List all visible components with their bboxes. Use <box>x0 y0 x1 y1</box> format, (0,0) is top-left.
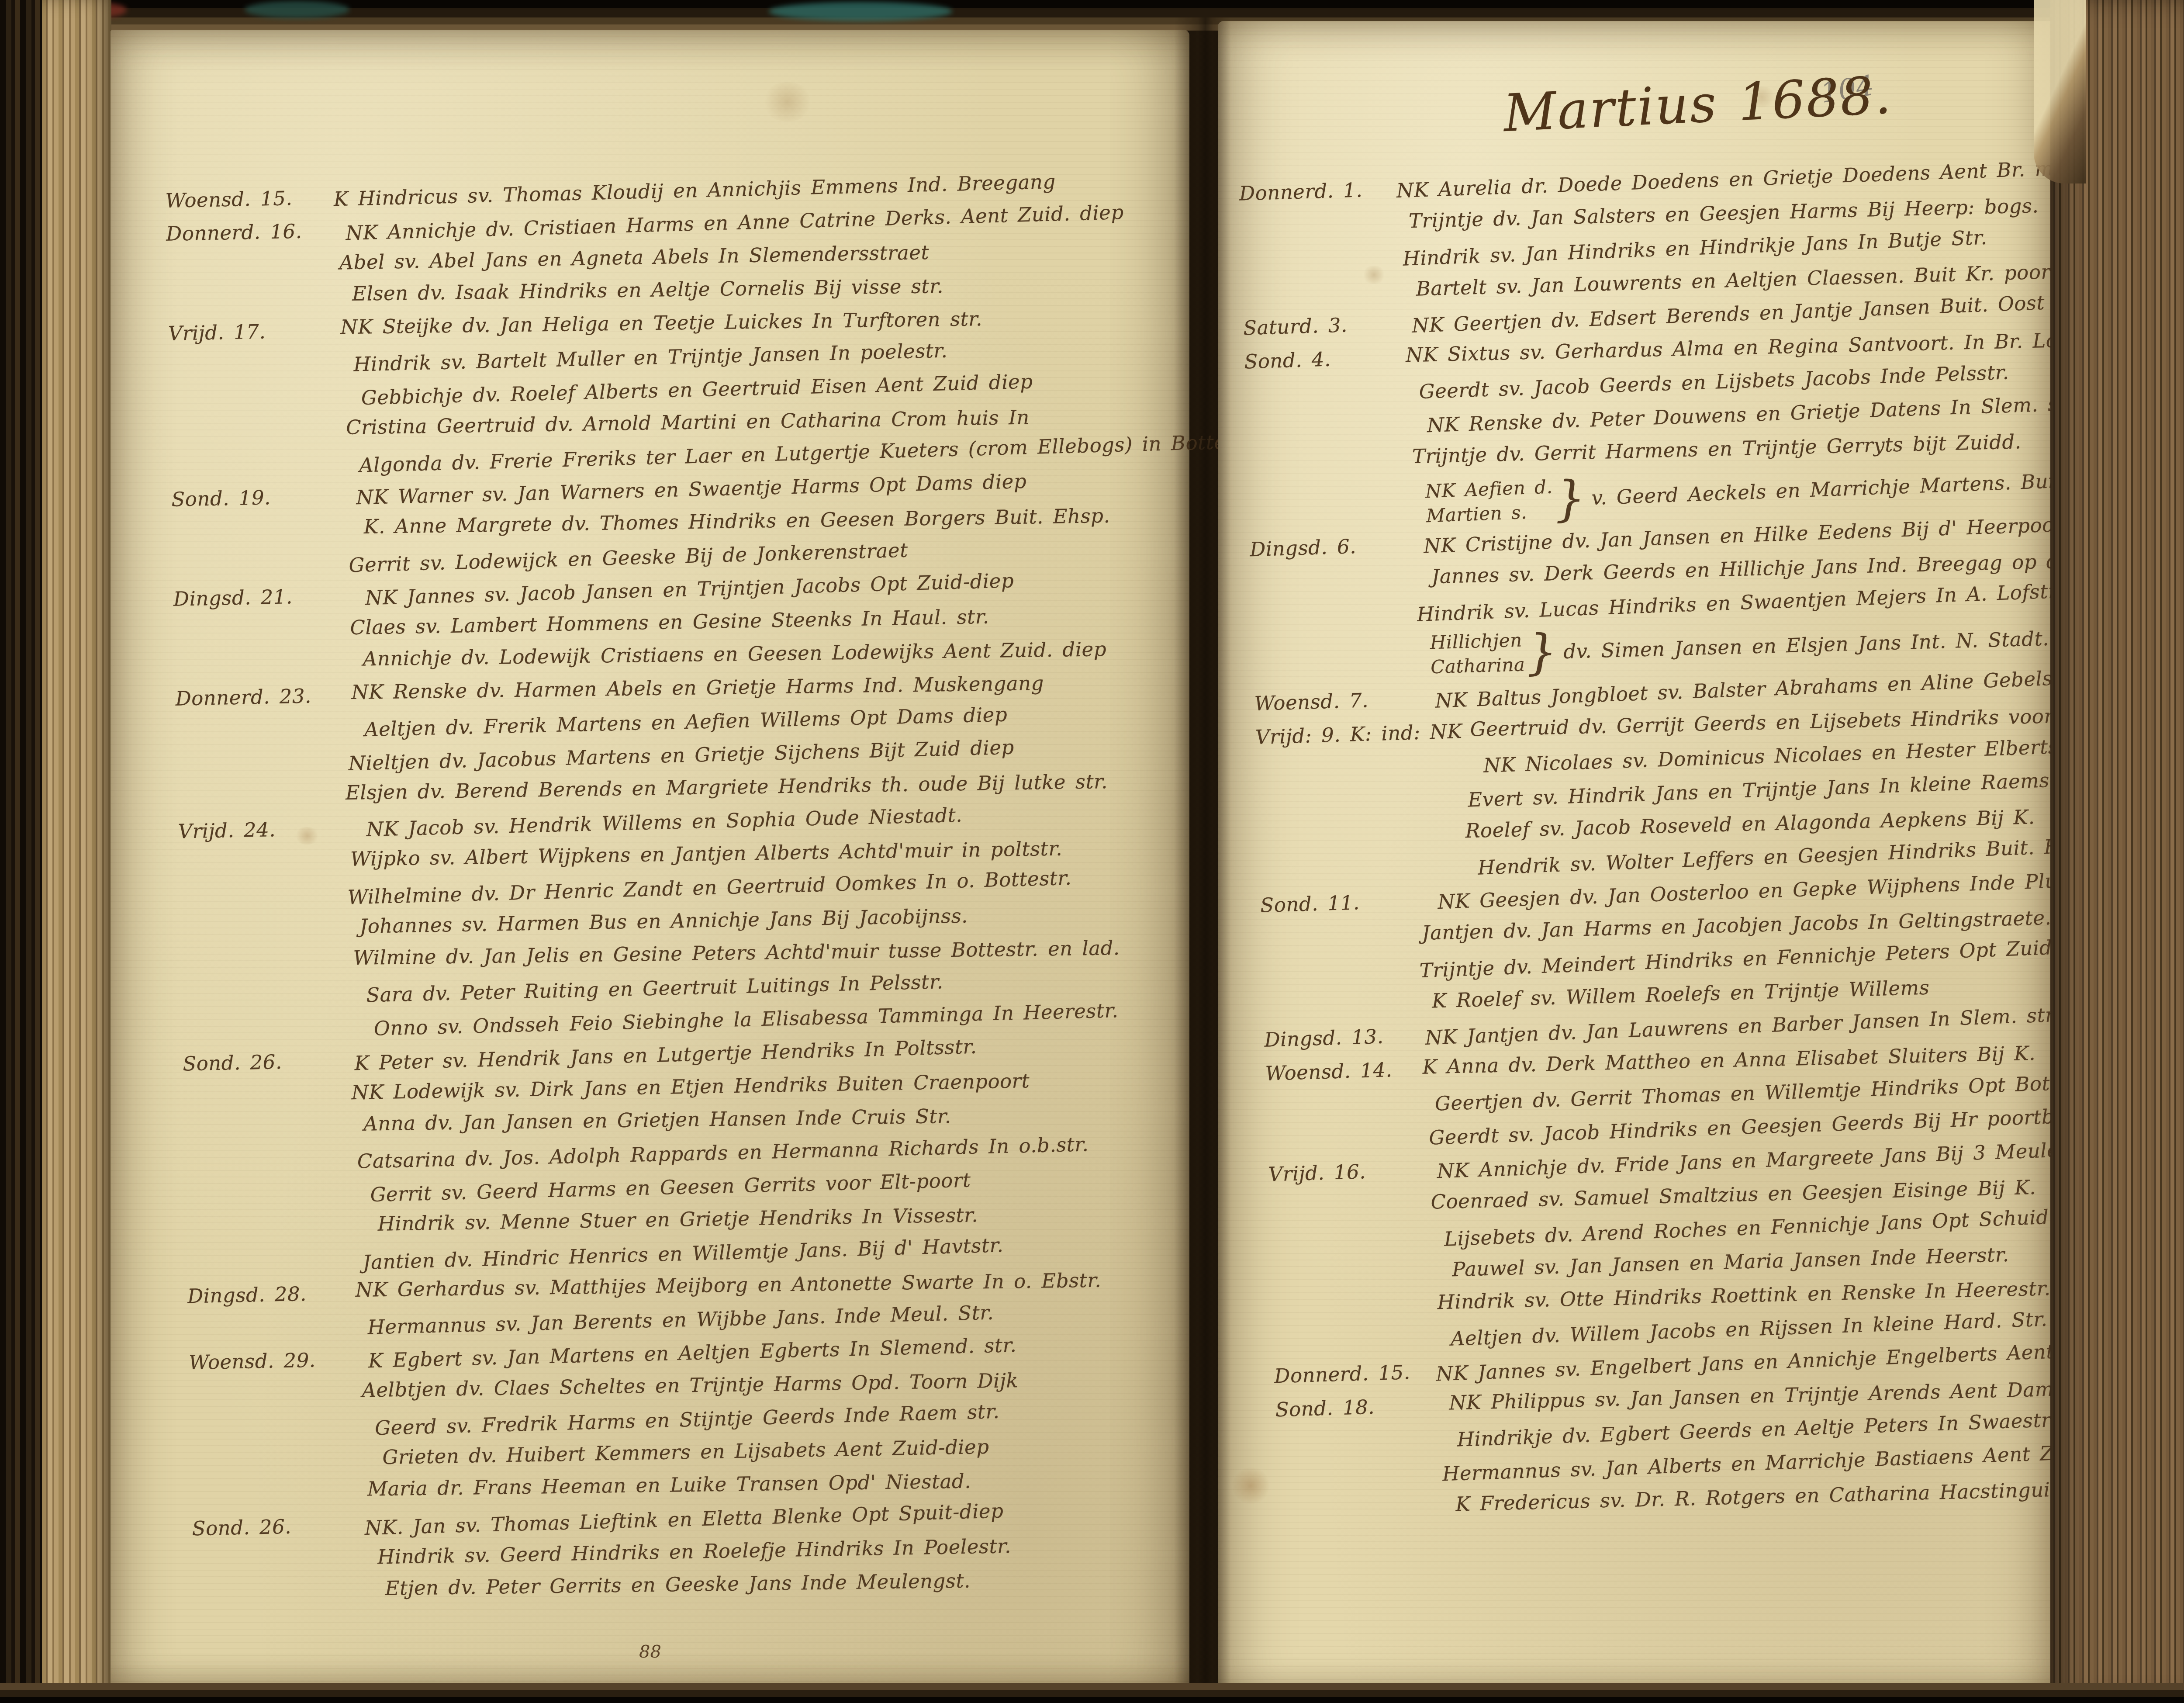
entry-day-label: Dingsd. 28. <box>163 1277 356 1314</box>
entry-day-label: Sond. 26. <box>168 1509 360 1546</box>
fore-edge-corner <box>2034 0 2086 183</box>
register-entry: Dingsd. 6.NK Cristijne dv. Jan Jansen en… <box>1245 509 2057 688</box>
entry-day-label: Donnerd. 23. <box>151 679 344 716</box>
register-entry: Vrijd. 16.NK Annichje dv. Fride Jans en … <box>1264 1134 2077 1360</box>
register-entry: Sond. 26.K Peter sv. Hendrik Jans en Lut… <box>159 1027 1189 1280</box>
right-page-register-text: Martius 1688. Donnerd. 1.NK Aurelia dr. … <box>1231 36 2082 1528</box>
entry-day-label: Woensd. 29. <box>164 1343 357 1380</box>
stain <box>1362 266 1386 284</box>
register-entry: Sond. 18.NK Philippus sv. Jan Jansen en … <box>1271 1370 2082 1528</box>
register-entry: Dingsd. 21.NK Jannes sv. Jacob Jansen en… <box>149 563 1177 683</box>
manuscript-scan: Woensd. 15.K Hindricus sv. Thomas Kloudi… <box>0 0 2184 1703</box>
stain <box>1746 87 1777 107</box>
book-bottom-edge <box>0 1683 2184 1703</box>
right-page: 104 Martius 1688. Donnerd. 1.NK Aurelia … <box>1218 21 2053 1694</box>
twin-brace: } <box>1554 481 1586 516</box>
entry-day-label: Vrijd. 16. <box>1264 1153 1426 1191</box>
entry-day-label: Sond. 4. <box>1239 341 1402 379</box>
register-entry: Sond. 11.NK Geesjen dv. Jan Oosterloo en… <box>1255 865 2067 1024</box>
entry-day-label: Dingsd. 13. <box>1259 1019 1422 1057</box>
register-entry: Vrijd. 17.NK Steijke dv. Jan Heliga en T… <box>144 297 1173 484</box>
stain <box>761 82 814 121</box>
left-page: Woensd. 15.K Hindricus sv. Thomas Kloudi… <box>111 30 1189 1689</box>
entry-day-label: Vrijd. 17. <box>144 314 336 351</box>
entry-day-label: Donnerd. 15. <box>1269 1355 1432 1393</box>
twin-brace: } <box>1526 635 1558 669</box>
entry-day-label: Sond. 19. <box>147 480 340 517</box>
entry-day-label: Donnerd. 16. <box>142 214 335 251</box>
entry-day-label: Sond. 26. <box>159 1044 351 1081</box>
left-page-register-text: Woensd. 15.K Hindricus sv. Thomas Kloudi… <box>141 164 1196 1613</box>
stain <box>294 827 320 845</box>
entry-day-label: Dingsd. 6. <box>1245 529 1407 567</box>
entry-day-label: Sond. 18. <box>1271 1389 1433 1427</box>
entry-day-label: Woensd. 7. <box>1250 682 1412 720</box>
book-fore-edge <box>2050 0 2184 1703</box>
register-entry: Donnerd. 1.NK Aurelia dr. Doede Doedens … <box>1234 153 2046 312</box>
marbled-edge-smudge <box>245 1 349 18</box>
register-entry: Sond. 4.NK Sixtus sv. Gerhardus Alma en … <box>1239 322 2053 533</box>
stain <box>1230 1467 1272 1504</box>
register-entry: Donnerd. 16.NK Annichje dv. Cristiaen Ha… <box>142 197 1170 318</box>
entry-day-label: Sond. 11. <box>1255 884 1418 922</box>
entry-day-label: Dingsd. 21. <box>149 579 342 616</box>
marbled-edge-smudge <box>769 2 952 21</box>
page-stack-edge <box>42 0 111 1703</box>
register-entry: Sond. 26.NK. Jan sv. Thomas Lieftink en … <box>168 1492 1196 1612</box>
entry-day-label: Saturd. 3. <box>1238 307 1401 345</box>
register-entry: Vrijd: 9. K: ind: NKGeertruid dv. Gerrij… <box>1251 697 2063 889</box>
book-gutter-shadow <box>1174 17 1231 1695</box>
register-entry: Donnerd. 23.NK Renske dv. Harmen Abels e… <box>151 662 1180 816</box>
left-page-footer-mark: 88 <box>639 1642 661 1662</box>
entry-day-label: Woensd. 15. <box>141 181 334 218</box>
entry-day-label: Vrijd: 9. K: ind: NK <box>1251 715 1463 754</box>
entry-day-label: Woensd. 14. <box>1261 1052 1423 1090</box>
book-left-page-block-edge <box>0 0 111 1703</box>
register-entry: Woensd. 29.K Egbert sv. Jan Martens en A… <box>164 1326 1194 1513</box>
entry-day-label: Donnerd. 1. <box>1234 173 1397 211</box>
